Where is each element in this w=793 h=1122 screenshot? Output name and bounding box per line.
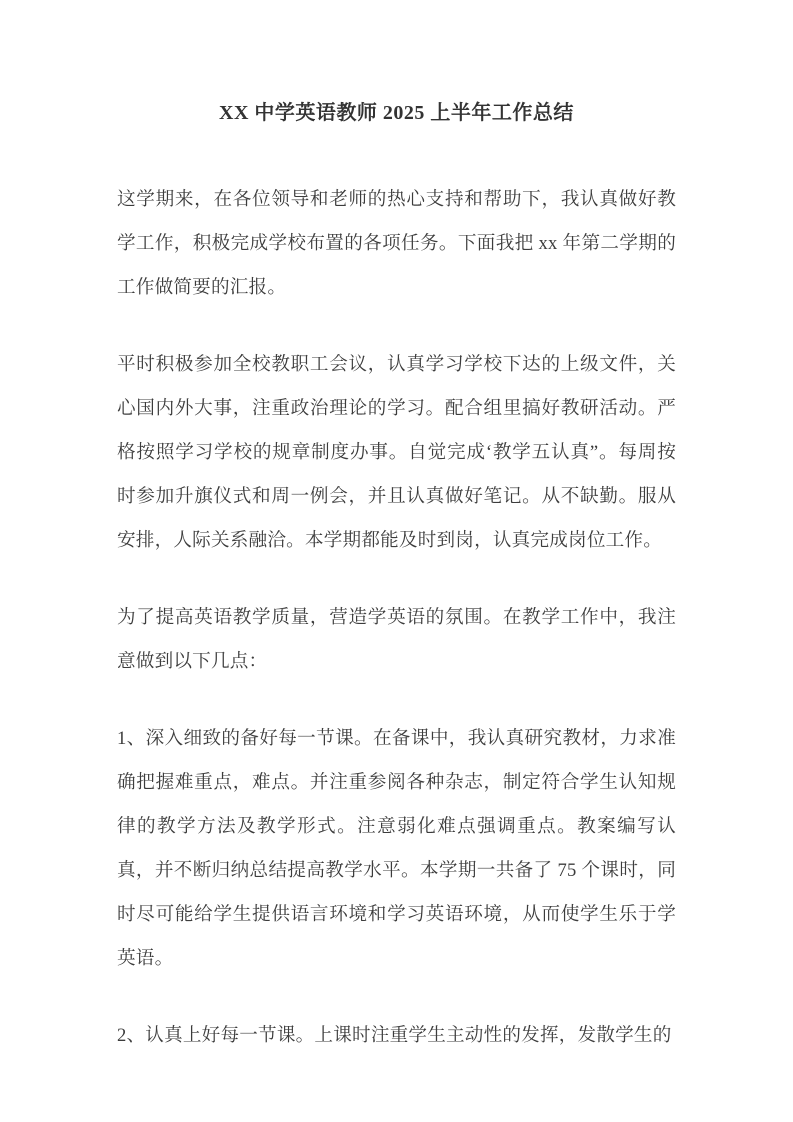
document-title: XX 中学英语教师 2025 上半年工作总结 bbox=[117, 91, 676, 135]
paragraph-teaching-quality-lead: 为了提高英语教学质量，营造学英语的氛围。在教学工作中，我注意做到以下几点： bbox=[117, 596, 676, 684]
paragraph-intro: 这学期来，在各位领导和老师的热心支持和帮助下，我认真做好教学工作，积极完成学校布… bbox=[117, 178, 676, 310]
document-page: XX 中学英语教师 2025 上半年工作总结 这学期来，在各位领导和老师的热心支… bbox=[0, 0, 793, 1122]
paragraph-point-2-lesson-delivery: 2、认真上好每一节课。上课时注重学生主动性的发挥，发散学生的 bbox=[117, 1014, 676, 1058]
paragraph-point-1-lesson-prep: 1、深入细致的备好每一节课。在备课中，我认真研究教材，力求准确把握难重点，难点。… bbox=[117, 717, 676, 981]
paragraph-political-study: 平时积极参加全校教职工会议，认真学习学校下达的上级文件，关心国内外大事，注重政治… bbox=[117, 343, 676, 563]
